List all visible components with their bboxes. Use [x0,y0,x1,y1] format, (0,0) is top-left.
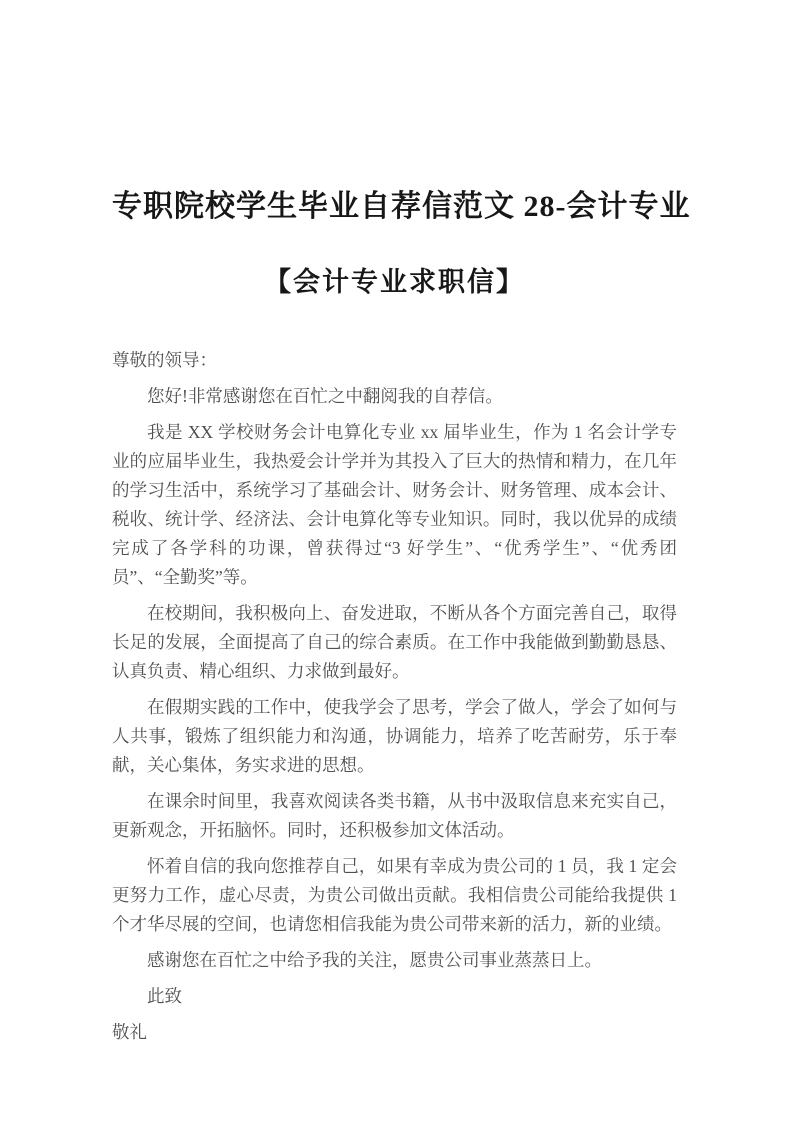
paragraph-greeting: 您好!非常感谢您在百忙之中翻阅我的自荐信。 [112,382,677,411]
paragraph-school-performance: 在校期间，我积极向上、奋发进取，不断从各个方面完善自己，取得长足的发展，全面提高… [112,599,677,686]
closing-cizhi: 此致 [112,982,677,1011]
paragraph-internship: 在假期实践的工作中，使我学会了思考，学会了做人，学会了如何与人共事，锻炼了组织能… [112,693,677,780]
salutation: 尊敬的领导： [112,346,677,375]
paragraph-thanks: 感谢您在百忙之中给予我的关注，愿贵公司事业蒸蒸日上。 [112,946,677,975]
letter-document: 专职院校学生毕业自荐信范文 28-会计专业 【会计专业求职信】 尊敬的领导： 您… [0,0,793,1122]
paragraph-education: 我是 XX 学校财务会计电算化专业 xx 届毕业生，作为 1 名会计学专业的应届… [112,418,677,592]
paragraph-self-recommendation: 怀着自信的我向您推荐自己，如果有幸成为贵公司的 1 员，我 1 定会更努力工作，… [112,852,677,939]
closing-jingli: 敬礼 [112,1018,677,1047]
document-page: 专职院校学生毕业自荐信范文 28-会计专业 【会计专业求职信】 尊敬的领导： 您… [0,0,793,1122]
document-title: 专职院校学生毕业自荐信范文 28-会计专业 [112,188,677,226]
document-subtitle: 【会计专业求职信】 [112,264,677,300]
letter-body: 尊敬的领导： 您好!非常感谢您在百忙之中翻阅我的自荐信。 我是 XX 学校财务会… [112,346,677,1047]
paragraph-hobbies: 在课余时间里，我喜欢阅读各类书籍，从书中汲取信息来充实自己，更新观念，开拓脑怀。… [112,787,677,845]
